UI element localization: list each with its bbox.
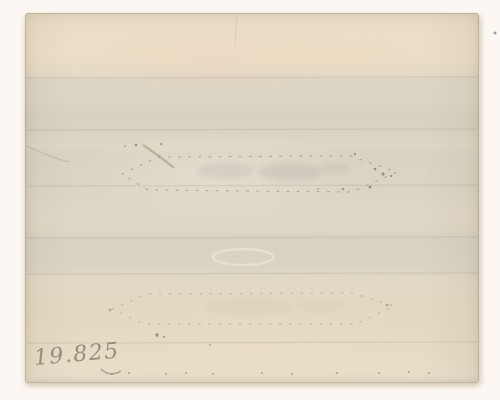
paper-note: [25, 13, 479, 383]
photo-backdrop: 19.825: [0, 0, 500, 400]
